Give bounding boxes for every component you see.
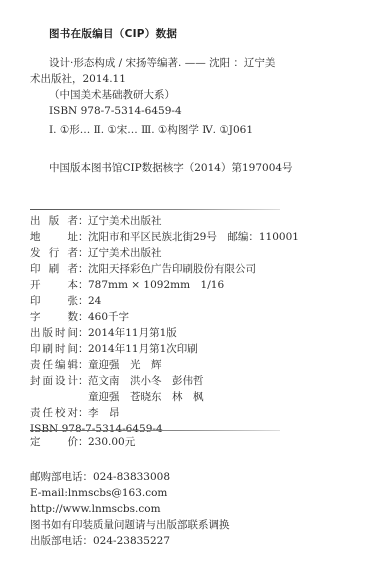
info-row-sheets: 印张：24 (30, 293, 299, 309)
info-label: 出版时间 (30, 325, 78, 341)
info-row-distributor: 发行者：辽宁美术出版社 (30, 245, 299, 261)
cip-record: 设计·形态构成 / 宋扬等编著. —— 沈阳 ：辽宁美 术出版社，2014.11… (30, 55, 290, 119)
info-row-price: 定价：230.00元 (30, 434, 135, 450)
info-value: 辽宁美术出版社 (88, 245, 162, 261)
cip-line: （中国美术基础教研大系） (30, 87, 290, 103)
info-row-proofreader: 责任校对：李 昂 (30, 405, 299, 421)
info-label: 印刷时间 (30, 341, 78, 357)
info-label: 封面设计 (30, 373, 78, 389)
info-value: 李 昂 (88, 405, 120, 421)
cip-line: ISBN 978-7-5314-6459-4 (30, 103, 290, 119)
divider (30, 430, 280, 431)
info-row-address: 地址：沈阳市和平区民族北街29号 邮编：110001 (30, 229, 299, 245)
divider (30, 209, 280, 210)
cip-line: 设计·形态构成 / 宋扬等编著. —— 沈阳 ：辽宁美 (30, 55, 290, 71)
info-value: 沈阳市和平区民族北街29号 邮编：110001 (88, 229, 299, 245)
info-label: 发行者 (30, 245, 78, 261)
quality-notice: 图书如有印装质量问题请与出版部联系调换 (30, 517, 230, 533)
info-label: 字数 (30, 309, 78, 325)
info-value: 24 (88, 293, 101, 309)
info-row-print-date: 印刷时间：2014年11月第1次印刷 (30, 341, 299, 357)
info-value: 范文南 洪小冬 彭伟哲 (88, 373, 204, 389)
info-value: 童迎强 光 辉 (88, 357, 162, 373)
info-row-cover-design-cont: 童迎强 苍晓东 林 枫 (30, 389, 299, 405)
info-row-cover-design: 封面设计：范文南 洪小冬 彭伟哲 (30, 373, 299, 389)
price-value: 230.00元 (88, 434, 135, 450)
cip-data-number: 中国版本图书馆CIP数据核字（2014）第197004号 (49, 160, 293, 175)
info-label: 印张 (30, 293, 78, 309)
email: E-mail:lnmscbs@163.com (30, 485, 230, 501)
info-label: 责任校对 (30, 405, 78, 421)
price-info: 定价：230.00元 (30, 434, 135, 450)
info-row-format: 开本：787mm × 1092mm 1/16 (30, 277, 299, 293)
info-value: 2014年11月第1版 (88, 325, 177, 341)
info-label: 地址 (30, 229, 78, 245)
info-label: 出版者 (30, 213, 78, 229)
info-label (30, 389, 78, 405)
info-row-printer: 印刷者：沈阳天择彩色广告印刷股份有限公司 (30, 261, 299, 277)
info-row-publish-date: 出版时间：2014年11月第1版 (30, 325, 299, 341)
publishing-dept-phone: 出版部电话：024-23835227 (30, 533, 230, 549)
info-value: 2014年11月第1次印刷 (88, 341, 198, 357)
cip-title: 图书在版编目（CIP）数据 (49, 26, 177, 41)
info-value: 460千字 (88, 309, 129, 325)
info-row-publisher: 出版者：辽宁美术出版社 (30, 213, 299, 229)
info-label: 定价 (30, 434, 78, 450)
info-value: 787mm × 1092mm 1/16 (88, 277, 224, 293)
info-label: 责任编辑 (30, 357, 78, 373)
publication-info: 出版者：辽宁美术出版社 地址：沈阳市和平区民族北街29号 邮编：110001 发… (30, 213, 299, 437)
info-value: 童迎强 苍晓东 林 枫 (88, 389, 204, 405)
contact-block: 邮购部电话：024-83833008 E-mail:lnmscbs@163.co… (30, 469, 230, 549)
cip-classification: Ⅰ. ①形… Ⅱ. ①宋… Ⅲ. ①构图学 Ⅳ. ①J061 (49, 122, 253, 137)
info-row-word-count: 字数：460千字 (30, 309, 299, 325)
info-label: 开本 (30, 277, 78, 293)
mail-order-phone: 邮购部电话：024-83833008 (30, 469, 230, 485)
info-row-editor: 责任编辑：童迎强 光 辉 (30, 357, 299, 373)
info-value: 辽宁美术出版社 (88, 213, 162, 229)
info-value: 沈阳天择彩色广告印刷股份有限公司 (88, 261, 256, 277)
info-label: 印刷者 (30, 261, 78, 277)
cip-line: 术出版社，2014.11 (30, 71, 290, 87)
website: http://www.lnmscbs.com (30, 501, 230, 517)
